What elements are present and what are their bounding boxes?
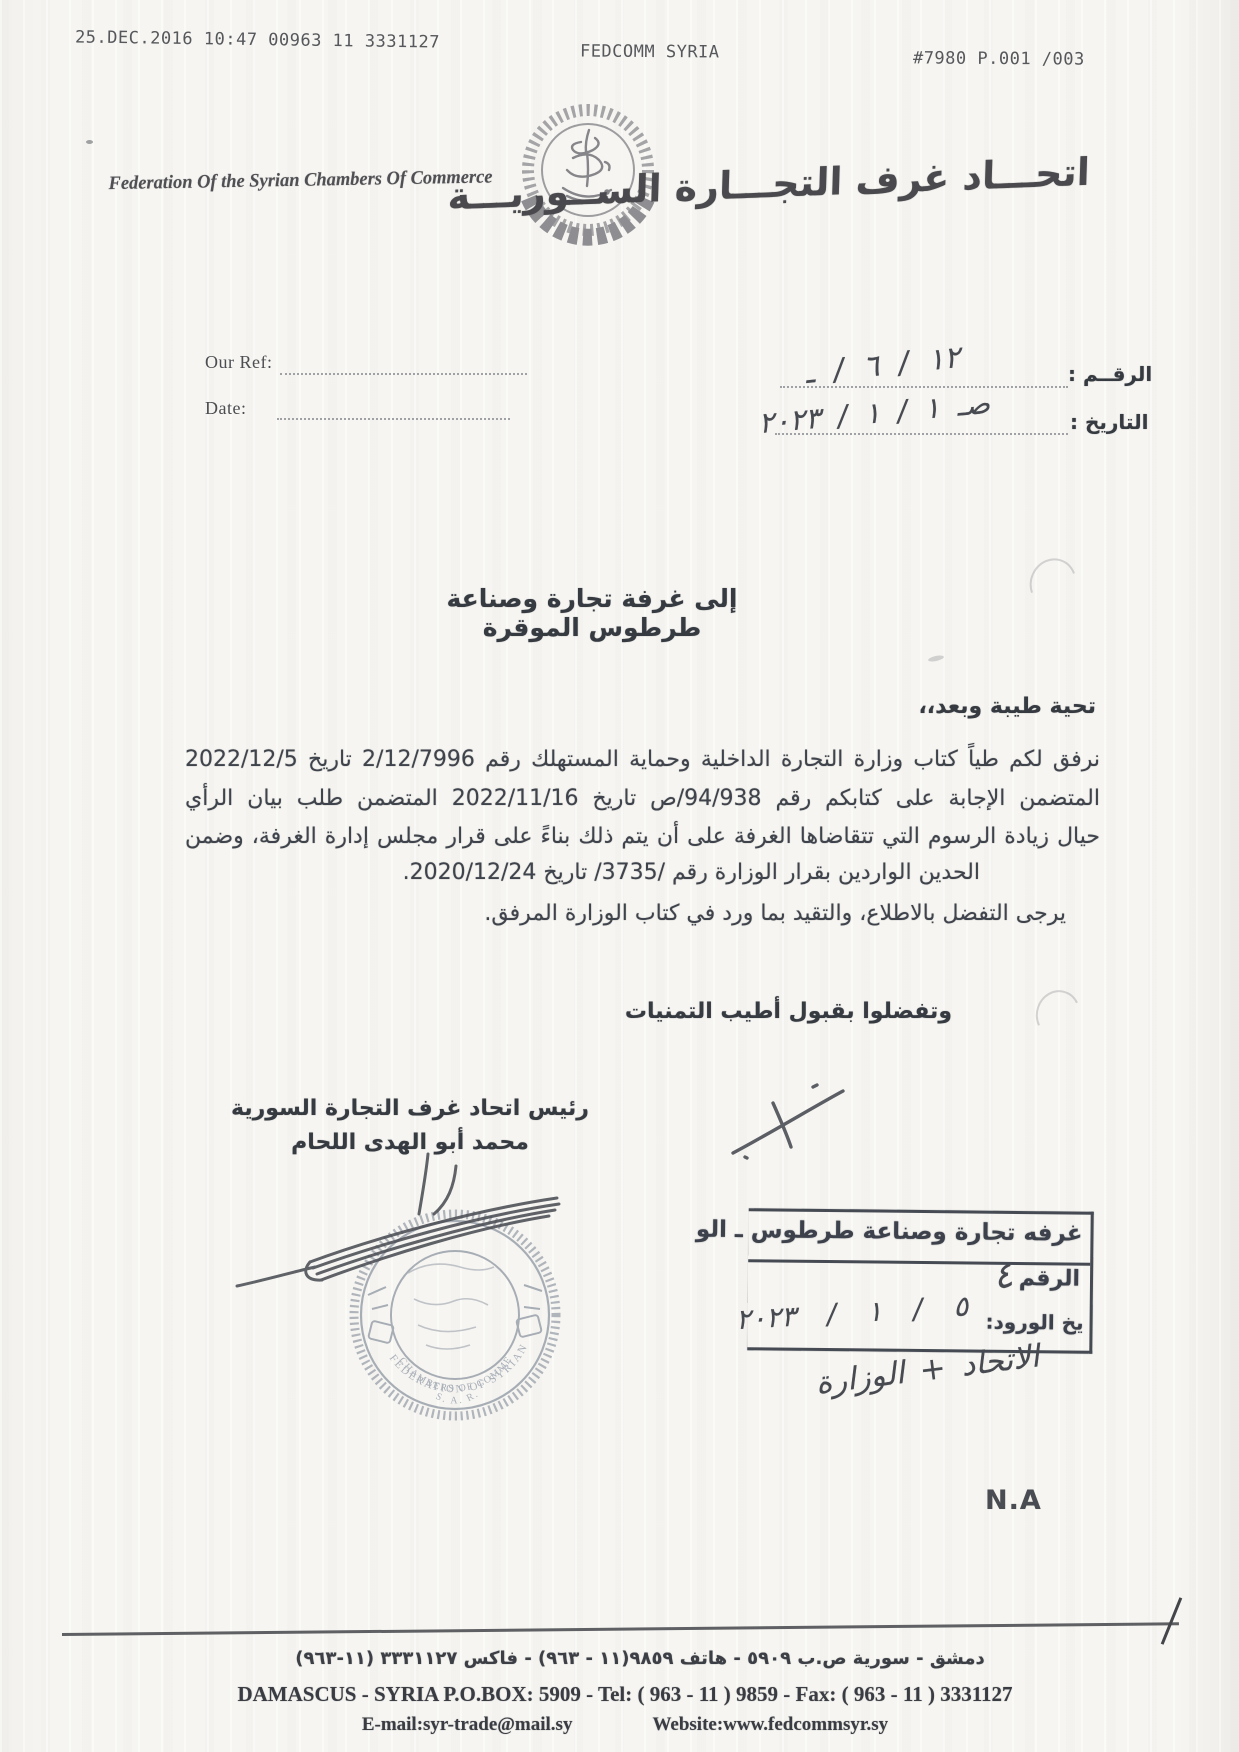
received-stamp-box: غرفه تجارة وصناعة طرطوس ـ الو الرقم ٤ يخ… — [747, 1208, 1093, 1354]
body-line: المتضمن الإجابة على كتابكم رقم 94/938/ص … — [185, 786, 1100, 811]
footer-website: Website:www.fedcommsyr.sy — [652, 1714, 888, 1736]
footer-address-arabic: دمشق - سورية ص.ب ٥٩٠٩ - هاتف ٩٨٥٩(١١ - ٩… — [20, 1648, 1239, 1669]
raqam-value-handwritten: ١٢ / ٦ / ـ — [804, 340, 962, 391]
na-annotation: N.A — [985, 1485, 1042, 1516]
received-date-value: ٥ / ١ / ٢٠٢٣ — [735, 1289, 969, 1336]
our-ref-line — [280, 373, 527, 375]
recipient-line: إلى غرفة تجارة وصناعة طرطوس الموقرة — [407, 584, 777, 642]
scan-artifact — [928, 654, 945, 662]
signer-title: رئيس اتحاد غرف التجارة السورية — [225, 1096, 595, 1121]
received-raqam-label: الرقم — [1019, 1266, 1080, 1292]
org-name-english: Federation Of the Syrian Chambers Of Com… — [108, 167, 467, 195]
date-label: Date: — [205, 398, 246, 419]
received-date-label: يخ الورود: — [985, 1310, 1083, 1335]
closing-line: وتفضلوا بقبول أطيب التمنيات — [690, 999, 952, 1024]
fax-timestamp: 25.DEC.2016 10:47 00963 11 3331127 — [75, 27, 440, 52]
tarikh-label: التاريخ : — [1070, 410, 1148, 434]
body-line: نرفق لكم طياً كتاب وزارة التجارة الداخلي… — [185, 747, 1100, 772]
our-ref-label: Our Ref: — [205, 352, 272, 373]
fax-sender-id: FEDCOMM SYRIA — [580, 42, 720, 63]
scan-artifact — [86, 140, 93, 144]
footer-address-english: DAMASCUS - SYRIA P.O.BOX: 5909 - Tel: ( … — [0, 1682, 1239, 1707]
footer-rule-tick — [1161, 1597, 1183, 1644]
date-line — [277, 418, 510, 420]
body-line: حيال زيادة الرسوم التي تتقاضاها الغرفة ع… — [185, 824, 1100, 849]
footer-rule — [62, 1622, 1179, 1636]
request-line: يرجى التفضل بالاطلاع، والتقيد بما ورد في… — [400, 901, 1066, 926]
tarikh-value-handwritten: صـ ١ / ١ / ٢٠٢٣ — [757, 386, 991, 440]
signature-ink — [225, 1140, 595, 1300]
salutation: تحية طيبة وبعد،، — [900, 694, 1096, 719]
scan-artifact — [1022, 551, 1084, 615]
footer-email: E-mail:syr-trade@mail.sy — [362, 1714, 573, 1736]
body-line: الحدين الواردين بقرار الوزارة رقم /3735/… — [440, 860, 980, 885]
fax-page-number: #7980 P.001 /003 — [913, 48, 1085, 69]
raqam-label: الرقــم : — [1068, 362, 1152, 386]
org-name-arabic: اتحـــاد غرف التجـــارة الســوريـــة — [659, 150, 1090, 211]
received-stamp-header: غرفه تجارة وصناعة طرطوس ـ الو — [748, 1211, 1091, 1266]
scanned-fax-letter: 25.DEC.2016 10:47 00963 11 3331127 FEDCO… — [0, 0, 1239, 1752]
handwritten-check-mark — [725, 1083, 850, 1163]
scan-artifact — [1030, 984, 1087, 1043]
